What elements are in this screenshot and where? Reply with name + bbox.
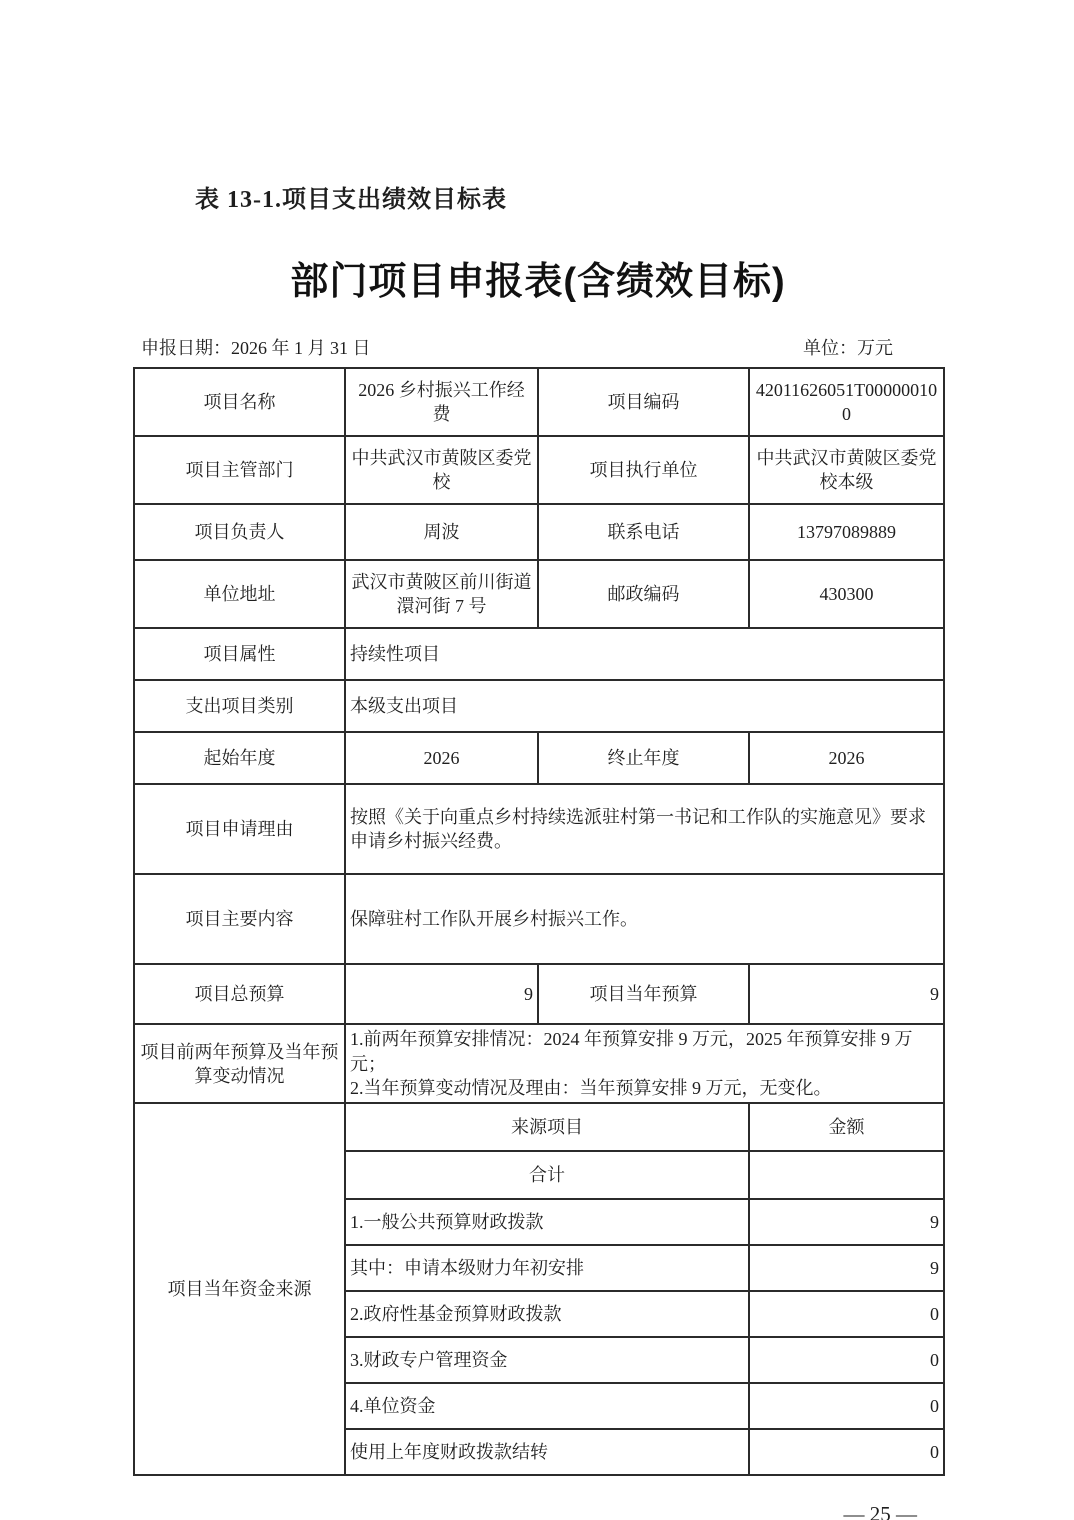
page-footer: — 25 — (133, 1502, 943, 1520)
document-page: 表 13-1.项目支出绩效目标表 部门项目申报表(含绩效目标) 申报日期：202… (133, 0, 943, 1520)
field-label-reason: 项目申请理由 (134, 784, 345, 874)
report-date: 申报日期：2026 年 1 月 31 日 (141, 334, 371, 360)
row-funding-header: 项目当年资金来源 来源项目 金额 (134, 1103, 944, 1151)
field-label-phone: 联系电话 (538, 504, 749, 560)
field-label-year-budget: 项目当年预算 (538, 964, 749, 1024)
field-label-start-year: 起始年度 (134, 732, 345, 784)
field-value-address: 武汉市黄陂区前川街道澴河街 7 号 (345, 560, 538, 628)
table-caption: 表 13-1.项目支出绩效目标表 (195, 186, 943, 215)
funding-row-name: 1.一般公共预算财政拨款 (345, 1199, 749, 1245)
field-value-phone: 13797089889 (749, 504, 944, 560)
field-value-exec-unit: 中共武汉市黄陂区委党校本级 (749, 436, 944, 504)
field-label-funding: 项目当年资金来源 (134, 1103, 345, 1475)
field-label-project-name: 项目名称 (134, 368, 345, 436)
funding-header-amount: 金额 (749, 1103, 944, 1151)
row-leader-phone: 项目负责人 周波 联系电话 13797089889 (134, 504, 944, 560)
field-value-project-code: 42011626051T000000100 (749, 368, 944, 436)
row-prev-budget: 项目前两年预算及当年预算变动情况 1.前两年预算安排情况：2024 年预算安排 … (134, 1024, 944, 1103)
field-label-end-year: 终止年度 (538, 732, 749, 784)
row-project-name: 项目名称 2026 乡村振兴工作经费 项目编码 42011626051T0000… (134, 368, 944, 436)
field-label-leader: 项目负责人 (134, 504, 345, 560)
funding-row-amount: 9 (749, 1199, 944, 1245)
field-value-prev-budget: 1.前两年预算安排情况：2024 年预算安排 9 万元，2025 年预算安排 9… (345, 1024, 944, 1103)
funding-row-amount: 0 (749, 1383, 944, 1429)
funding-header-source: 来源项目 (345, 1103, 749, 1151)
field-value-start-year: 2026 (345, 732, 538, 784)
meta-row: 申报日期：2026 年 1 月 31 日 单位：万元 (133, 334, 943, 360)
funding-row-amount: 9 (749, 1245, 944, 1291)
funding-row-amount: 0 (749, 1291, 944, 1337)
field-label-total-budget: 项目总预算 (134, 964, 345, 1024)
field-value-end-year: 2026 (749, 732, 944, 784)
field-label-prev-budget: 项目前两年预算及当年预算变动情况 (134, 1024, 345, 1103)
row-years: 起始年度 2026 终止年度 2026 (134, 732, 944, 784)
row-category: 支出项目类别 本级支出项目 (134, 680, 944, 732)
field-label-category: 支出项目类别 (134, 680, 345, 732)
funding-row-name: 使用上年度财政拨款结转 (345, 1429, 749, 1475)
field-label-exec-unit: 项目执行单位 (538, 436, 749, 504)
row-attribute: 项目属性 持续性项目 (134, 628, 944, 680)
funding-row-name: 合计 (345, 1151, 749, 1199)
funding-row-name: 4.单位资金 (345, 1383, 749, 1429)
unit-label: 单位：万元 (803, 334, 893, 360)
field-value-attribute: 持续性项目 (345, 628, 944, 680)
row-address-postcode: 单位地址 武汉市黄陂区前川街道澴河街 7 号 邮政编码 430300 (134, 560, 944, 628)
row-budget: 项目总预算 9 项目当年预算 9 (134, 964, 944, 1024)
field-value-category: 本级支出项目 (345, 680, 944, 732)
field-label-postcode: 邮政编码 (538, 560, 749, 628)
field-value-reason: 按照《关于向重点乡村持续选派驻村第一书记和工作队的实施意见》要求申请乡村振兴经费… (345, 784, 944, 874)
field-value-dept: 中共武汉市黄陂区委党校 (345, 436, 538, 504)
prev-budget-line2: 2.当年预算变动情况及理由：当年预算安排 9 万元，无变化。 (350, 1076, 939, 1100)
funding-row-amount (749, 1151, 944, 1199)
field-value-content: 保障驻村工作队开展乡村振兴工作。 (345, 874, 944, 964)
page-number: — 25 — (844, 1502, 918, 1520)
prev-budget-line1: 1.前两年预算安排情况：2024 年预算安排 9 万元，2025 年预算安排 9… (350, 1027, 939, 1076)
field-value-leader: 周波 (345, 504, 538, 560)
field-value-total-budget: 9 (345, 964, 538, 1024)
funding-row-amount: 0 (749, 1337, 944, 1383)
field-value-project-name: 2026 乡村振兴工作经费 (345, 368, 538, 436)
field-value-postcode: 430300 (749, 560, 944, 628)
row-reason: 项目申请理由 按照《关于向重点乡村持续选派驻村第一书记和工作队的实施意见》要求申… (134, 784, 944, 874)
row-departments: 项目主管部门 中共武汉市黄陂区委党校 项目执行单位 中共武汉市黄陂区委党校本级 (134, 436, 944, 504)
field-label-project-code: 项目编码 (538, 368, 749, 436)
field-label-dept: 项目主管部门 (134, 436, 345, 504)
project-form-table: 项目名称 2026 乡村振兴工作经费 项目编码 42011626051T0000… (133, 367, 945, 1476)
funding-row-name: 其中：申请本级财力年初安排 (345, 1245, 749, 1291)
field-label-content: 项目主要内容 (134, 874, 345, 964)
funding-row-name: 3.财政专户管理资金 (345, 1337, 749, 1383)
page-title: 部门项目申报表(含绩效目标) (133, 261, 943, 305)
field-label-attribute: 项目属性 (134, 628, 345, 680)
funding-row-amount: 0 (749, 1429, 944, 1475)
field-value-year-budget: 9 (749, 964, 944, 1024)
row-content: 项目主要内容 保障驻村工作队开展乡村振兴工作。 (134, 874, 944, 964)
field-label-address: 单位地址 (134, 560, 345, 628)
funding-row-name: 2.政府性基金预算财政拨款 (345, 1291, 749, 1337)
